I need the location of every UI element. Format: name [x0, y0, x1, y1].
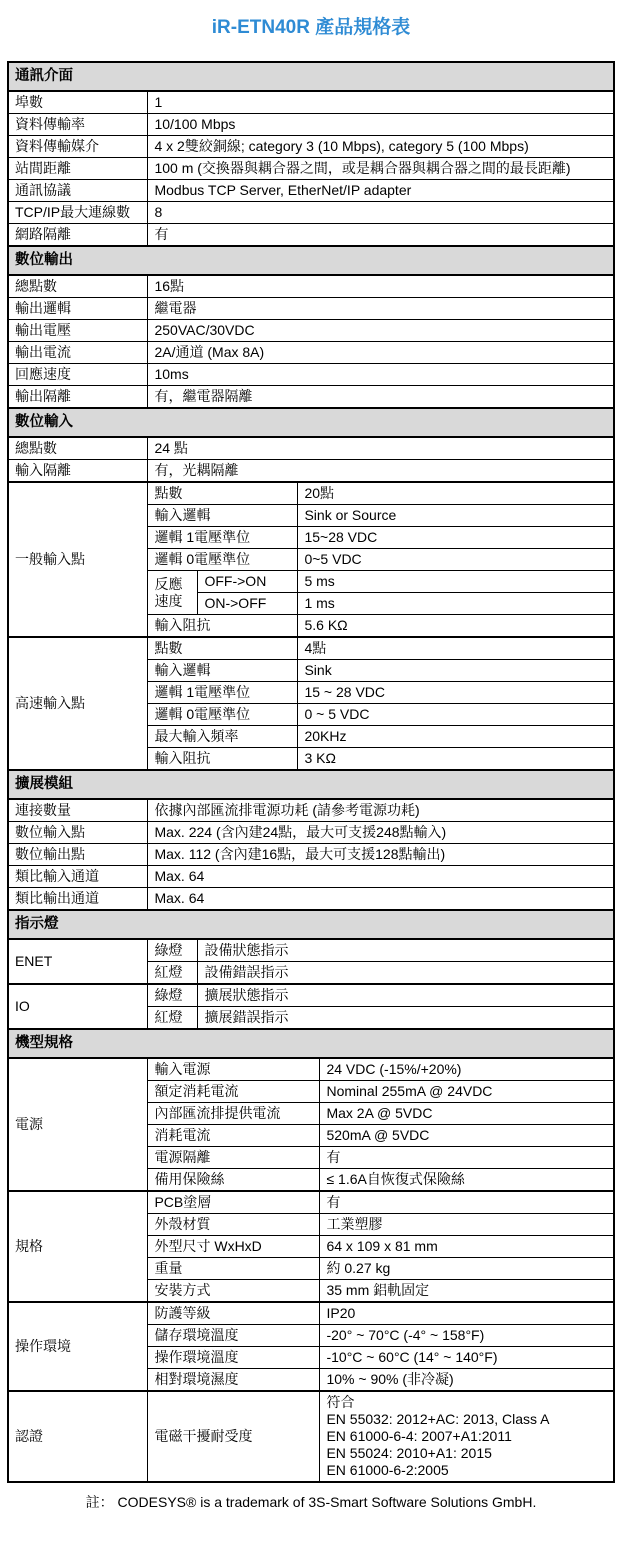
- spec-cell: 3 KΩ: [298, 748, 614, 771]
- spec-cell: 備用保險絲: [148, 1169, 320, 1192]
- spec-cell: 輸出電流: [8, 342, 148, 364]
- section-header-cell: 數位輸入: [8, 408, 614, 437]
- spec-cell: 工業塑膠: [320, 1214, 614, 1236]
- spec-cell: 擴展錯誤指示: [198, 1007, 614, 1030]
- spec-cell: 0 ~ 5 VDC: [298, 704, 614, 726]
- table-row: 埠數1: [8, 91, 614, 114]
- spec-cell: 類比輸入通道: [8, 866, 148, 888]
- spec-cell: 連接數量: [8, 799, 148, 822]
- group-cell: 電源: [8, 1058, 148, 1191]
- spec-cell: 16點: [148, 275, 614, 298]
- spec-cell: 外型尺寸 WxHxD: [148, 1236, 320, 1258]
- table-row: 輸出隔離有，繼電器隔離: [8, 386, 614, 409]
- spec-cell: 10ms: [148, 364, 614, 386]
- spec-cell: 0~5 VDC: [298, 549, 614, 571]
- spec-table-body: 通訊介面埠數1資料傳輸率10/100 Mbps資料傳輸媒介4 x 2雙絞銅線; …: [8, 62, 614, 1482]
- spec-cell: 回應速度: [8, 364, 148, 386]
- spec-cell: TCP/IP最大連線數: [8, 202, 148, 224]
- spec-cell: IP20: [320, 1302, 614, 1325]
- spec-cell: 輸出電壓: [8, 320, 148, 342]
- spec-cell: 10% ~ 90% (非冷凝): [320, 1369, 614, 1392]
- table-row: 認證電磁干擾耐受度符合 EN 55032: 2012+AC: 2013, Cla…: [8, 1391, 614, 1482]
- spec-cell: 數位輸出點: [8, 844, 148, 866]
- spec-cell: 通訊協議: [8, 180, 148, 202]
- table-row: 類比輸入通道Max. 64: [8, 866, 614, 888]
- spec-cell: 電源隔離: [148, 1147, 320, 1169]
- table-row: 類比輸出通道Max. 64: [8, 888, 614, 911]
- spec-cell: 輸入阻抗: [148, 615, 298, 638]
- spec-cell: 輸入隔離: [8, 460, 148, 483]
- spec-cell: 1: [148, 91, 614, 114]
- spec-cell: 操作環境溫度: [148, 1347, 320, 1369]
- spec-cell: 總點數: [8, 437, 148, 460]
- table-row: 輸出電流2A/通道 (Max 8A): [8, 342, 614, 364]
- group-cell: 規格: [8, 1191, 148, 1302]
- spec-cell: 輸出隔離: [8, 386, 148, 409]
- spec-cell: 最大輸入頻率: [148, 726, 298, 748]
- table-row: 數位輸入點Max. 224 (含內建24點，最大可支援248點輸入): [8, 822, 614, 844]
- group-cell: 認證: [8, 1391, 148, 1482]
- table-row: IO綠燈擴展狀態指示: [8, 984, 614, 1007]
- spec-cell: 輸入邏輯: [148, 660, 298, 682]
- group-cell: ENET: [8, 939, 148, 984]
- spec-cell: 擴展狀態指示: [198, 984, 614, 1007]
- spec-cell: 紅燈: [148, 962, 198, 985]
- spec-cell: 設備錯誤指示: [198, 962, 614, 985]
- spec-cell: 外殼材質: [148, 1214, 320, 1236]
- page-title: iR-ETN40R 產品規格表: [0, 12, 622, 39]
- section-header-row: 擴展模組: [8, 770, 614, 799]
- spec-cell: 防護等級: [148, 1302, 320, 1325]
- spec-cell: 20KHz: [298, 726, 614, 748]
- table-row: 電源輸入電源24 VDC (-15%/+20%): [8, 1058, 614, 1081]
- spec-cell: 設備狀態指示: [198, 939, 614, 962]
- spec-cell: Max. 64: [148, 888, 614, 911]
- group-cell: 高速輸入點: [8, 637, 148, 770]
- spec-cell: Nominal 255mA @ 24VDC: [320, 1081, 614, 1103]
- group-cell: IO: [8, 984, 148, 1029]
- spec-cell: 2A/通道 (Max 8A): [148, 342, 614, 364]
- table-row: 高速輸入點點數4點: [8, 637, 614, 660]
- table-row: 操作環境防護等級IP20: [8, 1302, 614, 1325]
- spec-cell: 24 點: [148, 437, 614, 460]
- spec-cell: 100 m (交換器與耦合器之間，或是耦合器與耦合器之間的最長距離): [148, 158, 614, 180]
- spec-cell: 內部匯流排提供電流: [148, 1103, 320, 1125]
- table-row: 輸出邏輯繼電器: [8, 298, 614, 320]
- spec-cell: 輸入阻抗: [148, 748, 298, 771]
- spec-cell: 輸入電源: [148, 1058, 320, 1081]
- group-cell: 操作環境: [8, 1302, 148, 1391]
- table-row: 網路隔離有: [8, 224, 614, 247]
- spec-cell: 綠燈: [148, 939, 198, 962]
- spec-cell: 站間距離: [8, 158, 148, 180]
- table-row: 規格PCB塗層有: [8, 1191, 614, 1214]
- section-header-row: 機型規格: [8, 1029, 614, 1058]
- spec-cell: 有: [148, 224, 614, 247]
- spec-cell: 類比輸出通道: [8, 888, 148, 911]
- table-row: 回應速度10ms: [8, 364, 614, 386]
- section-header-row: 數位輸出: [8, 246, 614, 275]
- spec-cell: ON->OFF: [198, 593, 298, 615]
- spec-cell: 點數: [148, 482, 298, 505]
- spec-cell: 5.6 KΩ: [298, 615, 614, 638]
- table-row: TCP/IP最大連線數8: [8, 202, 614, 224]
- spec-cell: 繼電器: [148, 298, 614, 320]
- spec-cell: 數位輸入點: [8, 822, 148, 844]
- spec-sheet-page: iR-ETN40R 產品規格表 通訊介面埠數1資料傳輸率10/100 Mbps資…: [0, 0, 622, 1512]
- spec-cell: 邏輯 0電壓準位: [148, 549, 298, 571]
- spec-cell: Sink: [298, 660, 614, 682]
- section-header-row: 指示燈: [8, 910, 614, 939]
- spec-cell: 總點數: [8, 275, 148, 298]
- spec-cell: 相對環境濕度: [148, 1369, 320, 1392]
- spec-cell: 有，光耦隔離: [148, 460, 614, 483]
- spec-cell: Max. 224 (含內建24點，最大可支援248點輸入): [148, 822, 614, 844]
- spec-cell: 資料傳輸媒介: [8, 136, 148, 158]
- spec-cell: 10/100 Mbps: [148, 114, 614, 136]
- table-row: 連接數量依據內部匯流排電源功耗 (請參考電源功耗): [8, 799, 614, 822]
- spec-cell: 埠數: [8, 91, 148, 114]
- spec-cell: Modbus TCP Server, EtherNet/IP adapter: [148, 180, 614, 202]
- spec-cell: 4點: [298, 637, 614, 660]
- spec-cell: 紅燈: [148, 1007, 198, 1030]
- section-header-cell: 數位輸出: [8, 246, 614, 275]
- spec-cell: 有: [320, 1191, 614, 1214]
- spec-cell: 24 VDC (-15%/+20%): [320, 1058, 614, 1081]
- spec-cell: 15~28 VDC: [298, 527, 614, 549]
- spec-cell: 電磁干擾耐受度: [148, 1391, 320, 1482]
- spec-cell: 64 x 109 x 81 mm: [320, 1236, 614, 1258]
- table-row: 總點數16點: [8, 275, 614, 298]
- spec-cell: 依據內部匯流排電源功耗 (請參考電源功耗): [148, 799, 614, 822]
- table-row: 站間距離100 m (交換器與耦合器之間，或是耦合器與耦合器之間的最長距離): [8, 158, 614, 180]
- group-cell: 一般輸入點: [8, 482, 148, 637]
- spec-cell: 反應 速度: [148, 571, 198, 615]
- spec-cell: 資料傳輸率: [8, 114, 148, 136]
- section-header-row: 數位輸入: [8, 408, 614, 437]
- spec-cell: 消耗電流: [148, 1125, 320, 1147]
- spec-cell: 4 x 2雙絞銅線; category 3 (10 Mbps), categor…: [148, 136, 614, 158]
- section-header-cell: 機型規格: [8, 1029, 614, 1058]
- spec-cell: 邏輯 1電壓準位: [148, 527, 298, 549]
- table-row: 一般輸入點點數20點: [8, 482, 614, 505]
- spec-cell: 重量: [148, 1258, 320, 1280]
- spec-cell: 250VAC/30VDC: [148, 320, 614, 342]
- table-row: 資料傳輸率10/100 Mbps: [8, 114, 614, 136]
- section-header-cell: 擴展模組: [8, 770, 614, 799]
- spec-cell: Max 2A @ 5VDC: [320, 1103, 614, 1125]
- spec-cell: 符合 EN 55032: 2012+AC: 2013, Class A EN 6…: [320, 1391, 614, 1482]
- spec-cell: 1 ms: [298, 593, 614, 615]
- table-row: 輸入隔離有，光耦隔離: [8, 460, 614, 483]
- footer-note: 註： CODESYS® is a trademark of 3S-Smart S…: [0, 1492, 622, 1512]
- spec-cell: 有，繼電器隔離: [148, 386, 614, 409]
- spec-cell: Max. 112 (含內建16點，最大可支援128點輸出): [148, 844, 614, 866]
- table-row: 輸出電壓250VAC/30VDC: [8, 320, 614, 342]
- spec-cell: 8: [148, 202, 614, 224]
- section-header-cell: 指示燈: [8, 910, 614, 939]
- spec-cell: Sink or Source: [298, 505, 614, 527]
- spec-cell: OFF->ON: [198, 571, 298, 593]
- spec-cell: 20點: [298, 482, 614, 505]
- spec-table: 通訊介面埠數1資料傳輸率10/100 Mbps資料傳輸媒介4 x 2雙絞銅線; …: [7, 61, 615, 1483]
- spec-cell: 5 ms: [298, 571, 614, 593]
- spec-cell: 約 0.27 kg: [320, 1258, 614, 1280]
- spec-cell: 有: [320, 1147, 614, 1169]
- spec-cell: 邏輯 1電壓準位: [148, 682, 298, 704]
- spec-cell: 綠燈: [148, 984, 198, 1007]
- table-row: 通訊協議Modbus TCP Server, EtherNet/IP adapt…: [8, 180, 614, 202]
- spec-cell: 520mA @ 5VDC: [320, 1125, 614, 1147]
- spec-cell: PCB塗層: [148, 1191, 320, 1214]
- section-header-cell: 通訊介面: [8, 62, 614, 91]
- spec-cell: 15 ~ 28 VDC: [298, 682, 614, 704]
- table-row: 總點數24 點: [8, 437, 614, 460]
- spec-cell: 輸入邏輯: [148, 505, 298, 527]
- spec-cell: ≤ 1.6A自恢復式保險絲: [320, 1169, 614, 1192]
- spec-cell: 額定消耗電流: [148, 1081, 320, 1103]
- table-row: 數位輸出點Max. 112 (含內建16點，最大可支援128點輸出): [8, 844, 614, 866]
- spec-cell: 儲存環境溫度: [148, 1325, 320, 1347]
- section-header-row: 通訊介面: [8, 62, 614, 91]
- spec-cell: Max. 64: [148, 866, 614, 888]
- spec-cell: 安裝方式: [148, 1280, 320, 1303]
- spec-cell: 網路隔離: [8, 224, 148, 247]
- spec-cell: 邏輯 0電壓準位: [148, 704, 298, 726]
- spec-cell: 點數: [148, 637, 298, 660]
- spec-cell: -10°C ~ 60°C (14° ~ 140°F): [320, 1347, 614, 1369]
- spec-cell: -20° ~ 70°C (-4° ~ 158°F): [320, 1325, 614, 1347]
- spec-cell: 35 mm 鋁軌固定: [320, 1280, 614, 1303]
- table-row: ENET綠燈設備狀態指示: [8, 939, 614, 962]
- spec-cell: 輸出邏輯: [8, 298, 148, 320]
- table-row: 資料傳輸媒介4 x 2雙絞銅線; category 3 (10 Mbps), c…: [8, 136, 614, 158]
